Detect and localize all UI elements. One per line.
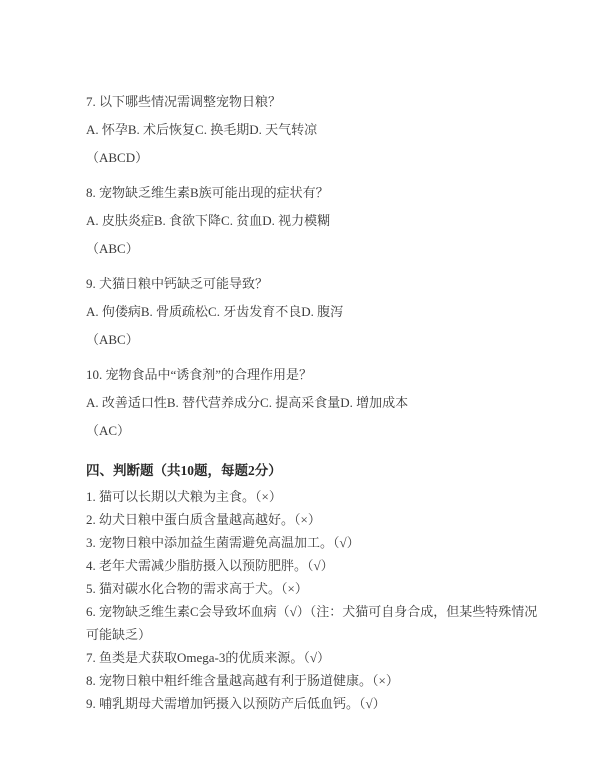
question-block-10: 10. 宠物食品中“诱食剂”的合理作用是？ A. 改善适口性B. 替代营养成分C… [86,361,544,445]
true-false-item-2: 2. 幼犬日粮中蛋白质含量越高越好。（×） [86,508,544,531]
true-false-item-9: 9. 哺乳期母犬需增加钙摄入以预防产后低血钙。（√） [86,692,544,715]
question-text: 10. 宠物食品中“诱食剂”的合理作用是？ [86,361,544,389]
question-options: A. 怀孕B. 术后恢复C. 换毛期D. 天气转凉 [86,116,544,144]
question-block-9: 9. 犬猫日粮中钙缺乏可能导致？ A. 佝偻病B. 骨质疏松C. 牙齿发育不良D… [86,270,544,354]
question-answer: （ABCD） [86,144,544,172]
true-false-item-5: 5. 猫对碳水化合物的需求高于犬。（×） [86,577,544,600]
question-text: 9. 犬猫日粮中钙缺乏可能导致？ [86,270,544,298]
true-false-item-4: 4. 老年犬需减少脂肪摄入以预防肥胖。（√） [86,554,544,577]
true-false-item-7: 7. 鱼类是犬获取Omega-3的优质来源。（√） [86,646,544,669]
question-block-7: 7. 以下哪些情况需调整宠物日粮？ A. 怀孕B. 术后恢复C. 换毛期D. 天… [86,88,544,172]
question-options: A. 皮肤炎症B. 食欲下降C. 贫血D. 视力模糊 [86,207,544,235]
true-false-item-3: 3. 宠物日粮中添加益生菌需避免高温加工。（√） [86,531,544,554]
question-answer: （AC） [86,417,544,445]
true-false-item-6: 6. 宠物缺乏维生素C会导致坏血病（√）（注：犬猫可自身合成，但某些特殊情况可能… [86,600,544,646]
question-answer: （ABC） [86,235,544,263]
document-page: 7. 以下哪些情况需调整宠物日粮？ A. 怀孕B. 术后恢复C. 换毛期D. 天… [0,0,600,776]
question-options: A. 改善适口性B. 替代营养成分C. 提高采食量D. 增加成本 [86,389,544,417]
true-false-section: 1. 猫可以长期以犬粮为主食。（×） 2. 幼犬日粮中蛋白质含量越高越好。（×）… [86,485,544,715]
section-header: 四、判断题（共10题，每题2分） [86,459,544,483]
question-answer: （ABC） [86,326,544,354]
question-block-8: 8. 宠物缺乏维生素B族可能出现的症状有？ A. 皮肤炎症B. 食欲下降C. 贫… [86,179,544,263]
multiple-choice-section: 7. 以下哪些情况需调整宠物日粮？ A. 怀孕B. 术后恢复C. 换毛期D. 天… [86,88,544,445]
true-false-item-1: 1. 猫可以长期以犬粮为主食。（×） [86,485,544,508]
true-false-item-8: 8. 宠物日粮中粗纤维含量越高越有利于肠道健康。（×） [86,669,544,692]
question-options: A. 佝偻病B. 骨质疏松C. 牙齿发育不良D. 腹泻 [86,298,544,326]
question-text: 8. 宠物缺乏维生素B族可能出现的症状有？ [86,179,544,207]
question-text: 7. 以下哪些情况需调整宠物日粮？ [86,88,544,116]
